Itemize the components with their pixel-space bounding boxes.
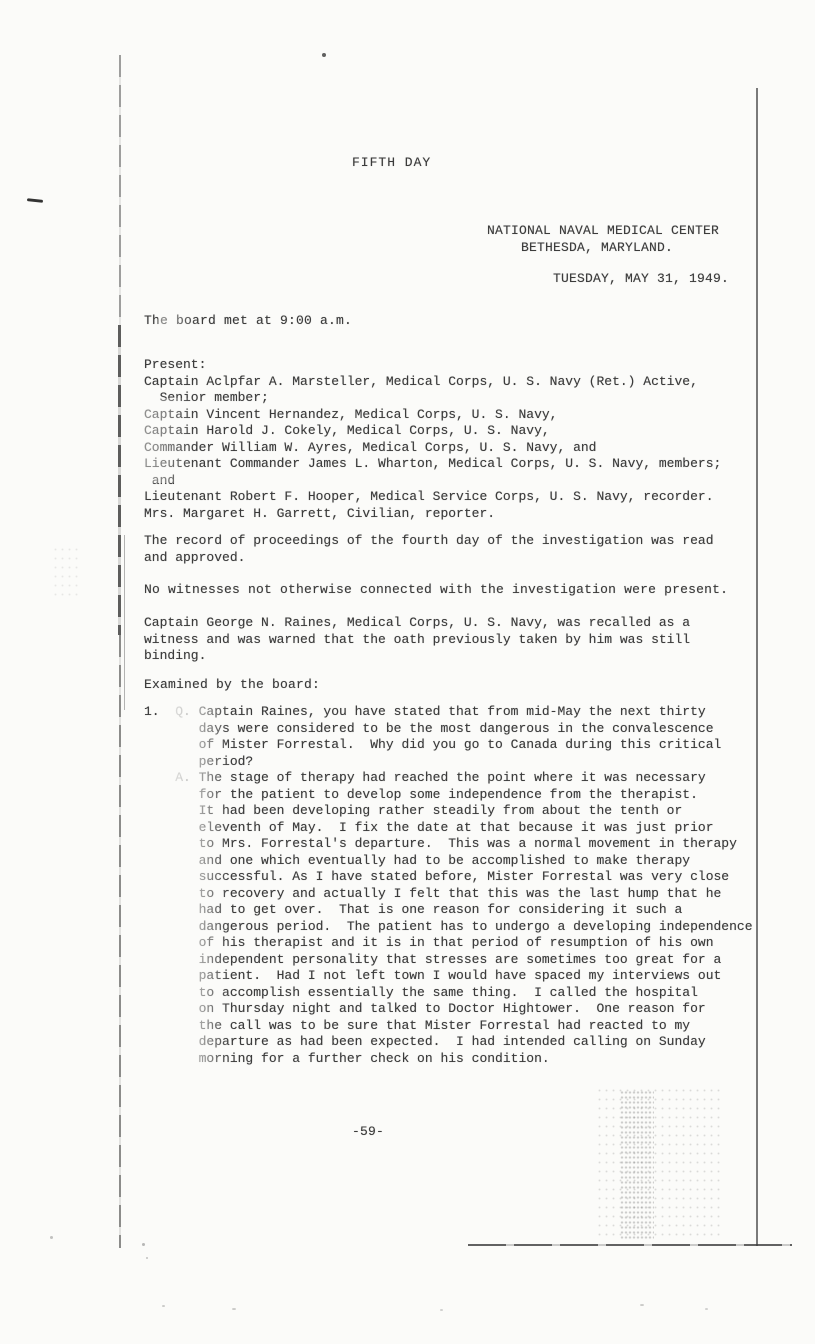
text-line: Captain Vincent Hernandez, Medical Corps… — [144, 407, 721, 424]
text-line: days were considered to be the most dang… — [144, 721, 753, 738]
text-line: A. The stage of therapy had reached the … — [144, 770, 753, 787]
text-line: Present: — [144, 357, 721, 374]
text-line: to Mrs. Forrestal's departure. This was … — [144, 836, 753, 853]
binding-edge-line — [119, 55, 121, 325]
document-title: FIFTH DAY — [352, 155, 431, 170]
witnesses-paragraph: No witnesses not otherwise connected wit… — [144, 582, 728, 597]
record-paragraph: The record of proceedings of the fourth … — [144, 533, 714, 566]
text-line: and approved. — [144, 550, 714, 567]
date-line: TUESDAY, MAY 31, 1949. — [553, 271, 729, 286]
text-line: and one which eventually had to be accom… — [144, 853, 753, 870]
scan-speckle — [146, 1257, 148, 1259]
text-line: Lieutenant Robert F. Hooper, Medical Ser… — [144, 489, 721, 506]
binding-edge-line — [118, 325, 121, 635]
text-line: binding. — [144, 648, 690, 665]
examined-heading: Examined by the board: — [144, 677, 320, 692]
text-line: the call was to be sure that Mister Forr… — [144, 1018, 753, 1035]
text-line: Mrs. Margaret H. Garrett, Civilian, repo… — [144, 506, 721, 523]
scan-speckle — [52, 545, 78, 597]
document-page: FIFTH DAY NATIONAL NAVAL MEDICAL CENTER … — [0, 0, 815, 1344]
text-line: witness and was warned that the oath pre… — [144, 632, 690, 649]
pen-mark — [27, 198, 43, 203]
text-line: had to get over. That is one reason for … — [144, 902, 753, 919]
text-line: Captain George N. Raines, Medical Corps,… — [144, 615, 690, 632]
page-number: -59- — [352, 1124, 384, 1139]
text-line: independent personality that stresses ar… — [144, 952, 753, 969]
recall-paragraph: Captain George N. Raines, Medical Corps,… — [144, 615, 690, 665]
opening-paragraph: The board met at 9:00 a.m. — [144, 313, 352, 328]
scan-speckle — [142, 1243, 145, 1246]
scan-speckle — [232, 1308, 236, 1310]
scan-speckle — [50, 1236, 53, 1239]
scan-speckle — [440, 1309, 443, 1311]
bottom-edge-line — [468, 1244, 792, 1246]
letterhead-line-2: BETHESDA, MARYLAND. — [521, 240, 673, 255]
text-line: on Thursday night and talked to Doctor H… — [144, 1001, 753, 1018]
text-line: of his therapist and it is in that perio… — [144, 935, 753, 952]
text-line: and — [144, 473, 721, 490]
scan-speckle — [640, 1304, 644, 1306]
binding-edge-line — [119, 635, 121, 1248]
qa-transcript: 1. Q. Captain Raines, you have stated th… — [144, 704, 753, 1067]
text-line: patient. Had I not left town I would hav… — [144, 968, 753, 985]
text-line: successful. As I have stated before, Mis… — [144, 869, 753, 886]
text-line: eleventh of May. I fix the date at that … — [144, 820, 753, 837]
scan-smudge — [596, 1086, 722, 1242]
text-line: Captain Aclpfar A. Marsteller, Medical C… — [144, 374, 721, 391]
text-line: period? — [144, 754, 753, 771]
text-line: departure as had been expected. I had in… — [144, 1034, 753, 1051]
text-line: dangerous period. The patient has to und… — [144, 919, 753, 936]
present-list: Present:Captain Aclpfar A. Marsteller, M… — [144, 357, 721, 522]
text-line: morning for a further check on his condi… — [144, 1051, 753, 1068]
text-line: to accomplish essentially the same thing… — [144, 985, 753, 1002]
text-line: Captain Harold J. Cokely, Medical Corps,… — [144, 423, 721, 440]
scan-speckle — [162, 1305, 165, 1307]
scan-speckle — [705, 1308, 708, 1310]
text-line: Lieutenant Commander James L. Wharton, M… — [144, 456, 721, 473]
right-edge-line — [756, 88, 758, 1246]
text-line: for the patient to develop some independ… — [144, 787, 753, 804]
text-line: 1. Q. Captain Raines, you have stated th… — [144, 704, 753, 721]
binding-edge-line — [124, 535, 125, 710]
scan-smudge — [620, 1090, 654, 1240]
text-line: It had been developing rather steadily f… — [144, 803, 753, 820]
text-line: of Mister Forrestal. Why did you go to C… — [144, 737, 753, 754]
text-line: The record of proceedings of the fourth … — [144, 533, 714, 550]
text-line: Senior member; — [144, 390, 721, 407]
scan-speckle — [322, 53, 326, 57]
text-line: to recovery and actually I felt that thi… — [144, 886, 753, 903]
text-line: Commander William W. Ayres, Medical Corp… — [144, 440, 721, 457]
letterhead-line-1: NATIONAL NAVAL MEDICAL CENTER — [487, 223, 719, 238]
